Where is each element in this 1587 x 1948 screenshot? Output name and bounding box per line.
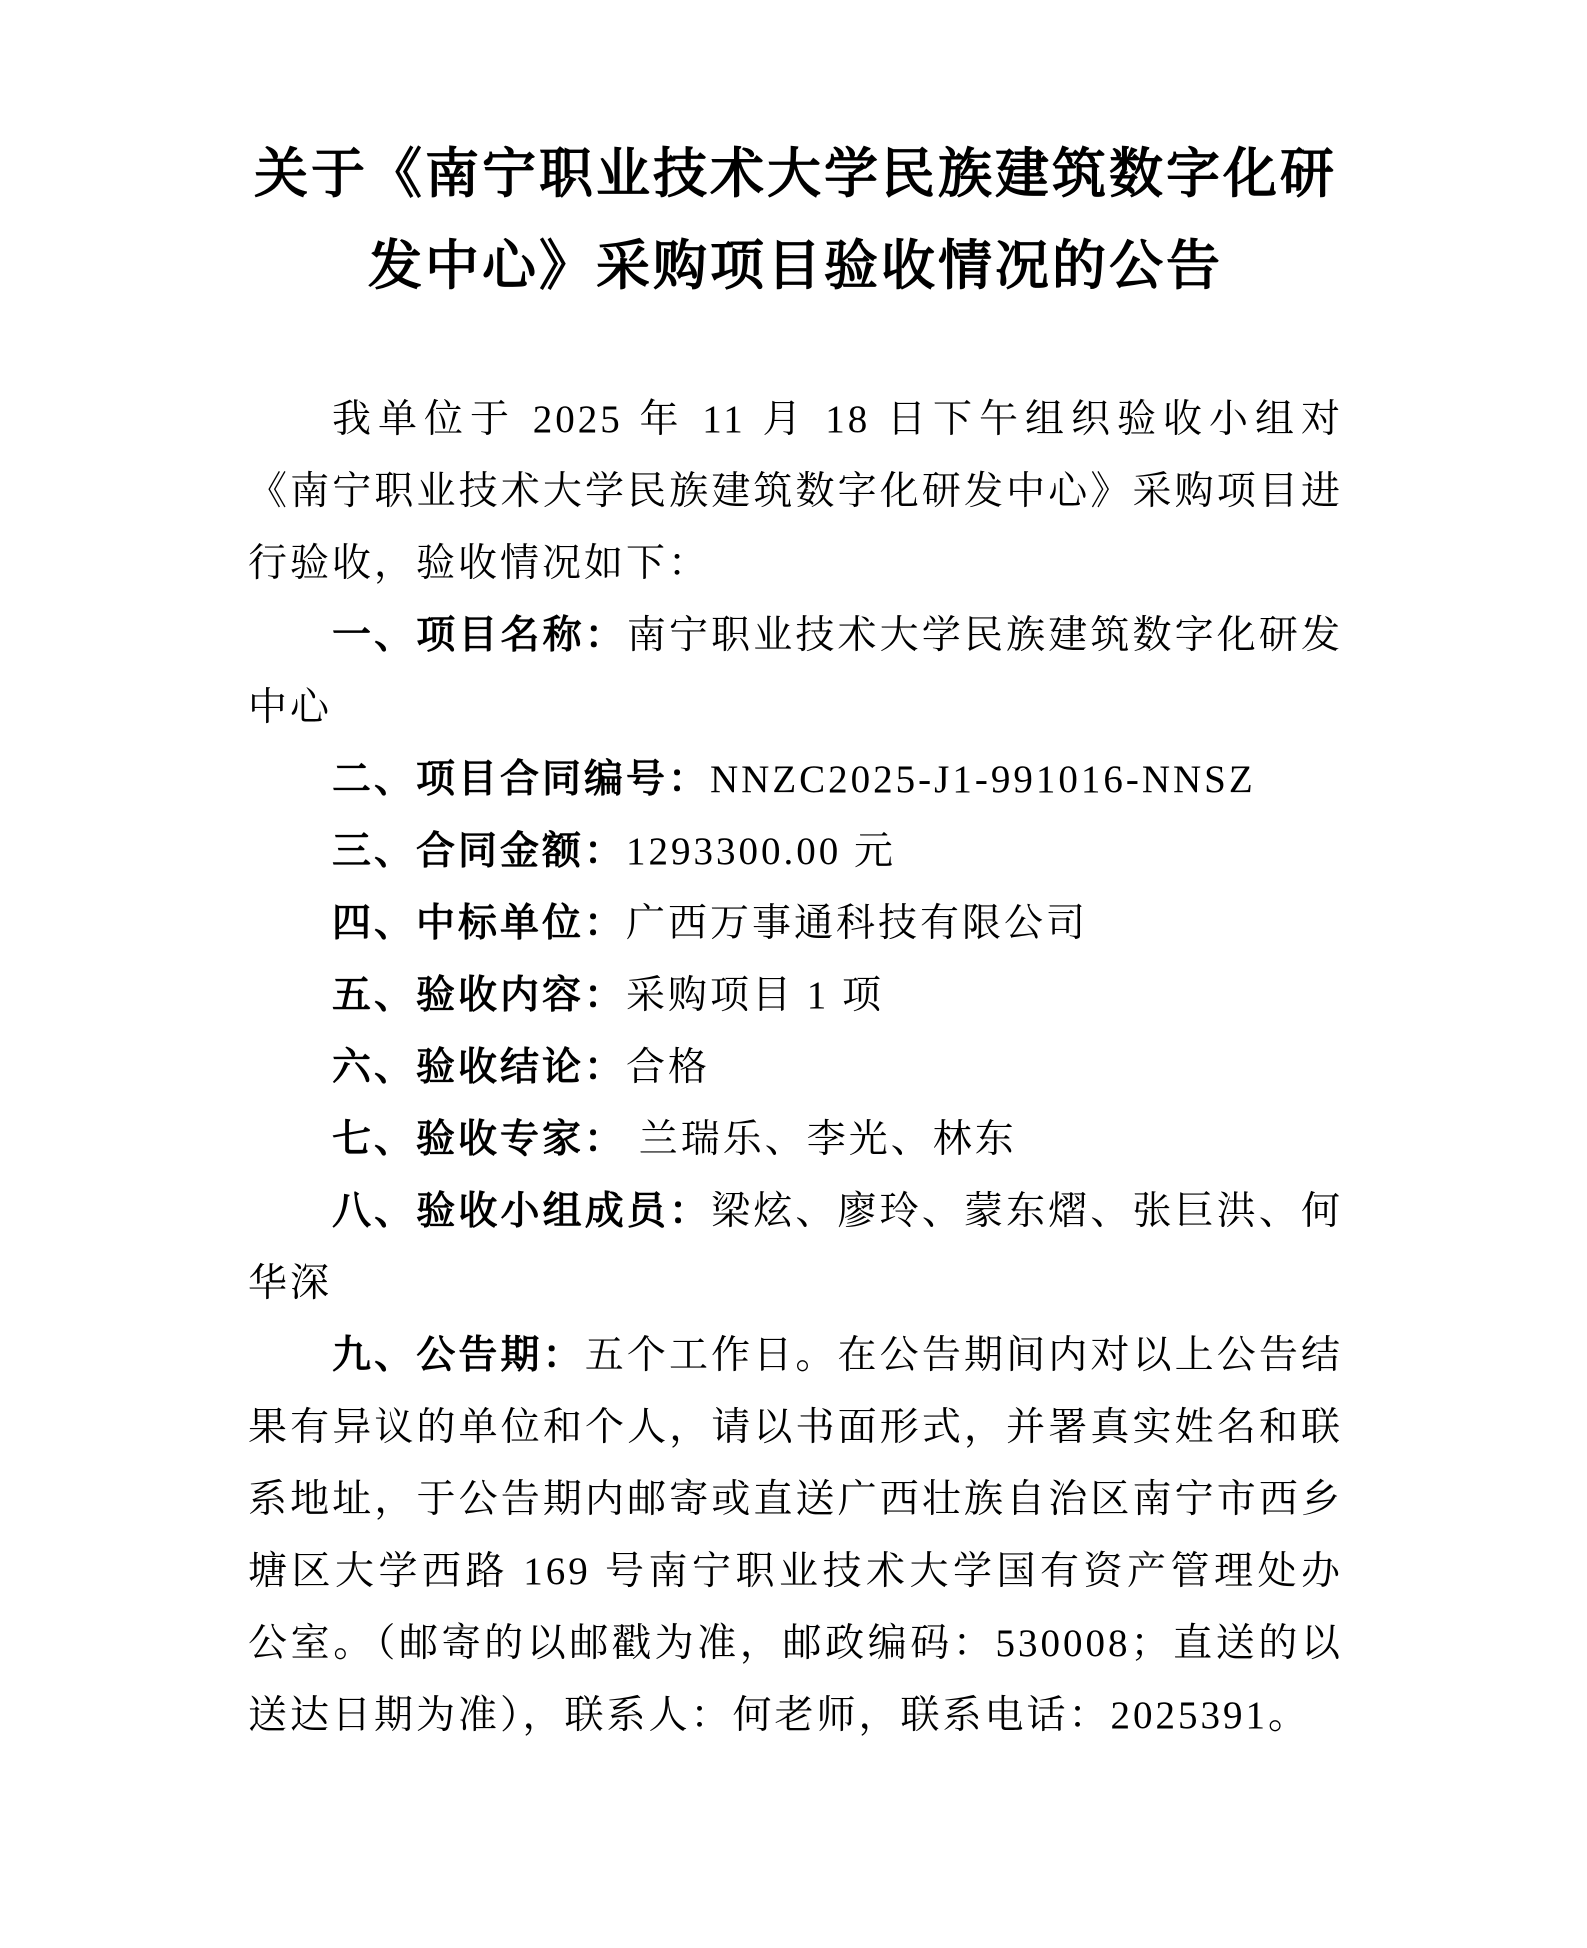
item-acceptance-team: 八、验收小组成员：梁炫、廖玲、蒙东熠、张巨洪、何华深 xyxy=(248,1176,1343,1320)
item-contract-amount-value: 1293300.00 元 xyxy=(626,830,896,873)
item-acceptance-team-label: 八、验收小组成员： xyxy=(332,1190,711,1233)
item-announcement-period-label: 九、公告期： xyxy=(332,1334,585,1377)
item-acceptance-conclusion-value: 合格 xyxy=(626,1046,710,1089)
item-project-name-label: 一、项目名称： xyxy=(332,614,627,657)
item-project-name: 一、项目名称：南宁职业技术大学民族建筑数字化研发中心 xyxy=(248,600,1343,744)
item-acceptance-conclusion: 六、验收结论：合格 xyxy=(248,1032,1343,1104)
item-announcement-period-value: 五个工作日。在公告期间内对以上公告结果有异议的单位和个人，请以书面形式，并署真实… xyxy=(248,1334,1343,1737)
item-contract-amount-label: 三、合同金额： xyxy=(332,830,626,873)
intro-paragraph: 我单位于 2025 年 11 月 18 日下午组织验收小组对《南宁职业技术大学民… xyxy=(248,384,1343,600)
item-winning-bidder-value: 广西万事通科技有限公司 xyxy=(626,902,1088,945)
item-acceptance-content-value: 采购项目 1 项 xyxy=(626,974,884,1017)
item-acceptance-experts-value: 兰瑞乐、李光、林东 xyxy=(626,1118,1017,1161)
item-contract-number-label: 二、项目合同编号： xyxy=(332,758,710,801)
document-title: 关于《南宁职业技术大学民族建筑数字化研发中心》采购项目验收情况的公告 xyxy=(248,128,1343,312)
item-contract-number: 二、项目合同编号：NNZC2025-J1-991016-NNSZ xyxy=(248,744,1343,816)
item-contract-amount: 三、合同金额：1293300.00 元 xyxy=(248,816,1343,888)
item-winning-bidder-label: 四、中标单位： xyxy=(332,902,626,945)
item-acceptance-experts: 七、验收专家： 兰瑞乐、李光、林东 xyxy=(248,1104,1343,1176)
item-winning-bidder: 四、中标单位：广西万事通科技有限公司 xyxy=(248,888,1343,960)
item-acceptance-conclusion-label: 六、验收结论： xyxy=(332,1046,626,1089)
item-acceptance-content-label: 五、验收内容： xyxy=(332,974,626,1017)
item-acceptance-content: 五、验收内容：采购项目 1 项 xyxy=(248,960,1343,1032)
item-announcement-period: 九、公告期：五个工作日。在公告期间内对以上公告结果有异议的单位和个人，请以书面形… xyxy=(248,1320,1343,1752)
document-page: 关于《南宁职业技术大学民族建筑数字化研发中心》采购项目验收情况的公告 我单位于 … xyxy=(0,0,1587,1948)
item-contract-number-value: NNZC2025-J1-991016-NNSZ xyxy=(710,758,1256,801)
item-acceptance-experts-label: 七、验收专家： xyxy=(332,1118,626,1161)
